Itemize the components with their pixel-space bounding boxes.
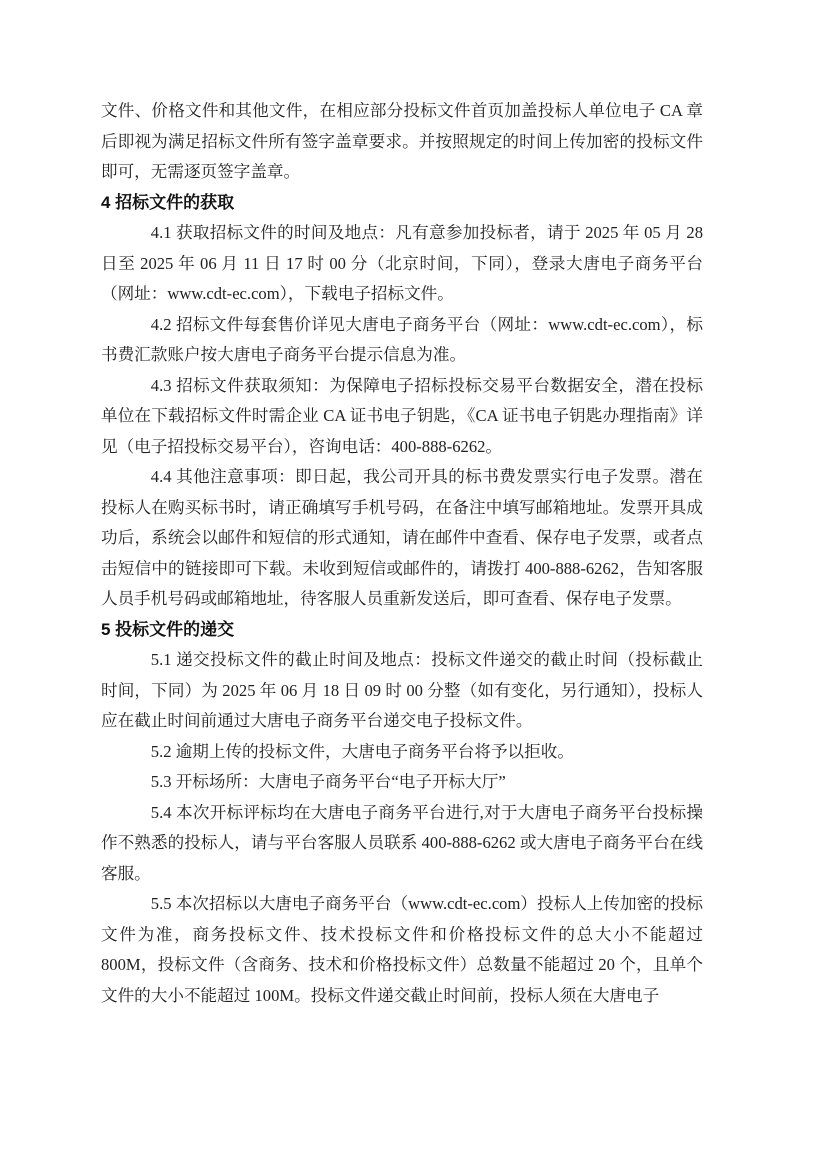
paragraph-clause-5-3: 5.3 开标场所：大唐电子商务平台“电子开标大厅” [101, 767, 703, 798]
paragraph-clause-4-3: 4.3 招标文件获取须知：为保障电子招标投标交易平台数据安全，潜在投标单位在下载… [101, 371, 703, 463]
paragraph-clause-4-2: 4.2 招标文件每套售价详见大唐电子商务平台（网址：www.cdt-ec.com… [101, 310, 703, 371]
paragraph-clause-5-5: 5.5 本次招标以大唐电子商务平台（www.cdt-ec.com）投标人上传加密… [101, 889, 703, 1011]
section-heading-4: 4 招标文件的获取 [101, 188, 703, 219]
section-heading-5: 5 投标文件的递交 [101, 615, 703, 646]
paragraph-clause-4-1: 4.1 获取招标文件的时间及地点：凡有意参加投标者，请于 2025 年 05 月… [101, 218, 703, 310]
document-page: 文件、价格文件和其他文件，在相应部分投标文件首页加盖投标人单位电子 CA 章后即… [0, 0, 827, 1169]
paragraph-clause-5-2: 5.2 逾期上传的投标文件，大唐电子商务平台将予以拒收。 [101, 737, 703, 768]
paragraph-continuation: 文件、价格文件和其他文件，在相应部分投标文件首页加盖投标人单位电子 CA 章后即… [101, 96, 703, 188]
paragraph-clause-4-4: 4.4 其他注意事项：即日起，我公司开具的标书费发票实行电子发票。潜在投标人在购… [101, 462, 703, 615]
paragraph-clause-5-4: 5.4 本次开标评标均在大唐电子商务平台进行,对于大唐电子商务平台投标操作不熟悉… [101, 798, 703, 890]
paragraph-clause-5-1: 5.1 递交投标文件的截止时间及地点：投标文件递交的截止时间（投标截止时间，下同… [101, 645, 703, 737]
document-content: 文件、价格文件和其他文件，在相应部分投标文件首页加盖投标人单位电子 CA 章后即… [101, 96, 703, 1011]
